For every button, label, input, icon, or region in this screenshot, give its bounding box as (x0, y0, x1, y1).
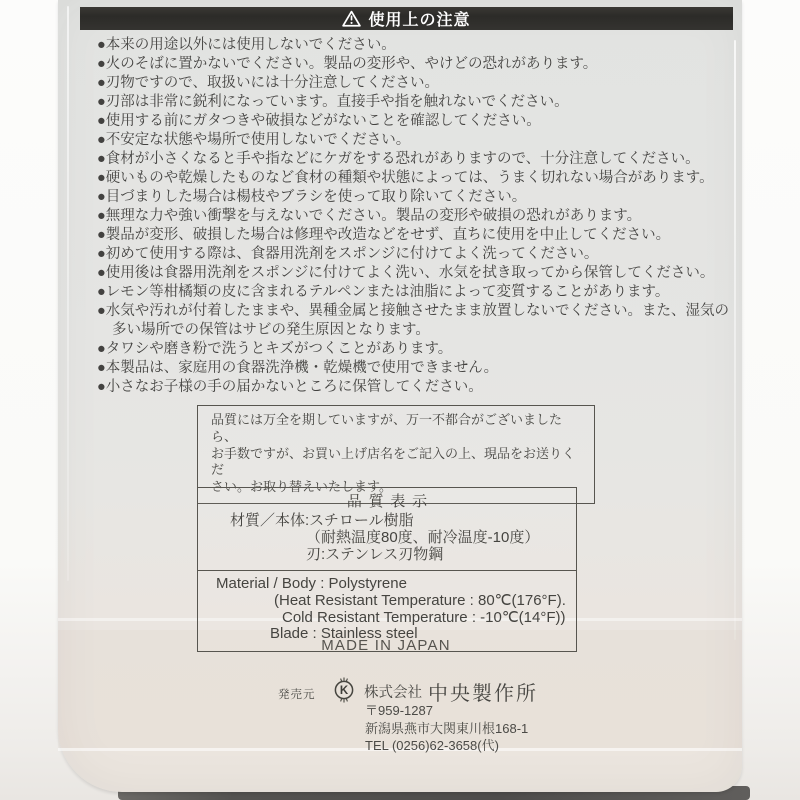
precaution-item: ●タワシや磨き粉で洗うとキズがつくことがあります。 (97, 340, 737, 359)
precaution-item: ●本来の用途以外には使用しないでください。 (97, 36, 737, 55)
precaution-item: ●初めて使用する際は、食器用洗剤をスポンジに付けてよく洗ってください。 (97, 245, 737, 264)
spec-row-blade: 刃:ステンレス刃物鋼 (206, 546, 568, 563)
reflection-highlight-left (67, 6, 69, 581)
warning-triangle-icon (342, 10, 361, 27)
precaution-item: ●小さなお子様の手の届かないところに保管してください。 (97, 378, 737, 397)
precaution-item: ●火のそばに置かないでください。製品の変形や、やけどの恐れがあります。 (97, 55, 737, 74)
spec-row-material-en: Material / Body : Polystyrene (204, 576, 570, 593)
precaution-item: ●使用する前にガタつきや破損などがないことを確認してください。 (97, 112, 737, 131)
precaution-item: ●無理な力や強い衝撃を与えないでください。製品の変形や破損の恐れがあります。 (97, 207, 737, 226)
precaution-item: ●レモン等柑橘類の皮に含まれるテルペンまたは油脂によって変質することがあります。 (97, 283, 737, 302)
address-line: 新潟県燕市大関東川根168-1 (365, 720, 528, 738)
seller-label: 発売元 (278, 686, 316, 702)
spec-row-temperature: （耐熱温度80度、耐冷温度-10度） (206, 529, 568, 546)
spec-title: 品質表示 (206, 493, 568, 510)
precaution-item: ●本製品は、家庭用の食器洗浄機・乾燥機で使用できません。 (97, 359, 737, 378)
precaution-item: ●刃物ですので、取扱いには十分注意してください。 (97, 74, 737, 93)
address-block: 〒959-1287 新潟県燕市大関東川根168-1 TEL (0256)62-3… (365, 702, 528, 755)
spec-row-material: 材質／本体:スチロール樹脂 (206, 512, 568, 529)
company-logo-icon: K (330, 676, 358, 709)
postal-code: 〒959-1287 (365, 702, 528, 720)
spec-box: 品質表示 材質／本体:スチロール樹脂 （耐熱温度80度、耐冷温度-10度） 刃:… (197, 487, 577, 652)
spec-row-heat-en: (Heat Resistant Temperature : 80℃(176°F)… (204, 593, 570, 610)
page-title: 使用上の注意 (368, 7, 470, 30)
precaution-item: ●不安定な状態や場所で使用しないでください。 (97, 131, 737, 150)
made-in-japan-label: MADE IN JAPAN (197, 637, 575, 654)
precaution-item: ●食材が小さくなると手や指などにケガをする恐れがありますので、十分注意してくださ… (97, 150, 737, 169)
spec-section-japanese: 品質表示 材質／本体:スチロール樹脂 （耐熱温度80度、耐冷温度-10度） 刃:… (198, 488, 576, 571)
company-prefix: 株式会社 (364, 681, 422, 702)
precaution-list: ●本来の用途以外には使用しないでください。 ●火のそばに置かないでください。製品… (97, 36, 737, 397)
precaution-item: ●使用後は食器用洗剤をスポンジに付けてよく洗い、水気を拭き取ってから保管してくだ… (97, 264, 737, 283)
warning-title-bar: 使用上の注意 (80, 7, 733, 30)
svg-text:K: K (340, 685, 349, 697)
tel-line: TEL (0256)62-3658(代) (365, 737, 528, 755)
precaution-item: ●刃部は非常に鋭利になっています。直接手や指を触れないでください。 (97, 93, 737, 112)
package-back-label: 使用上の注意 ●本来の用途以外には使用しないでください。 ●火のそばに置かないで… (58, 0, 742, 792)
precaution-item: ●製品が変形、破損した場合は修理や改造などをせず、直ちに使用を中止してください。 (97, 226, 737, 245)
precaution-item: ●水気や汚れが付着したままや、異種金属と接触させたまま放置しないでください。また… (97, 302, 737, 340)
precaution-item: ●目づまりした場合は楊枝やブラシを使って取り除いてください。 (97, 188, 737, 207)
spec-row-cold-en: Cold Resistant Temperature : -10℃(14°F)) (204, 610, 570, 627)
precaution-item: ●硬いものや乾燥したものなど食材の種類や状態によっては、うまく切れない場合があり… (97, 169, 737, 188)
